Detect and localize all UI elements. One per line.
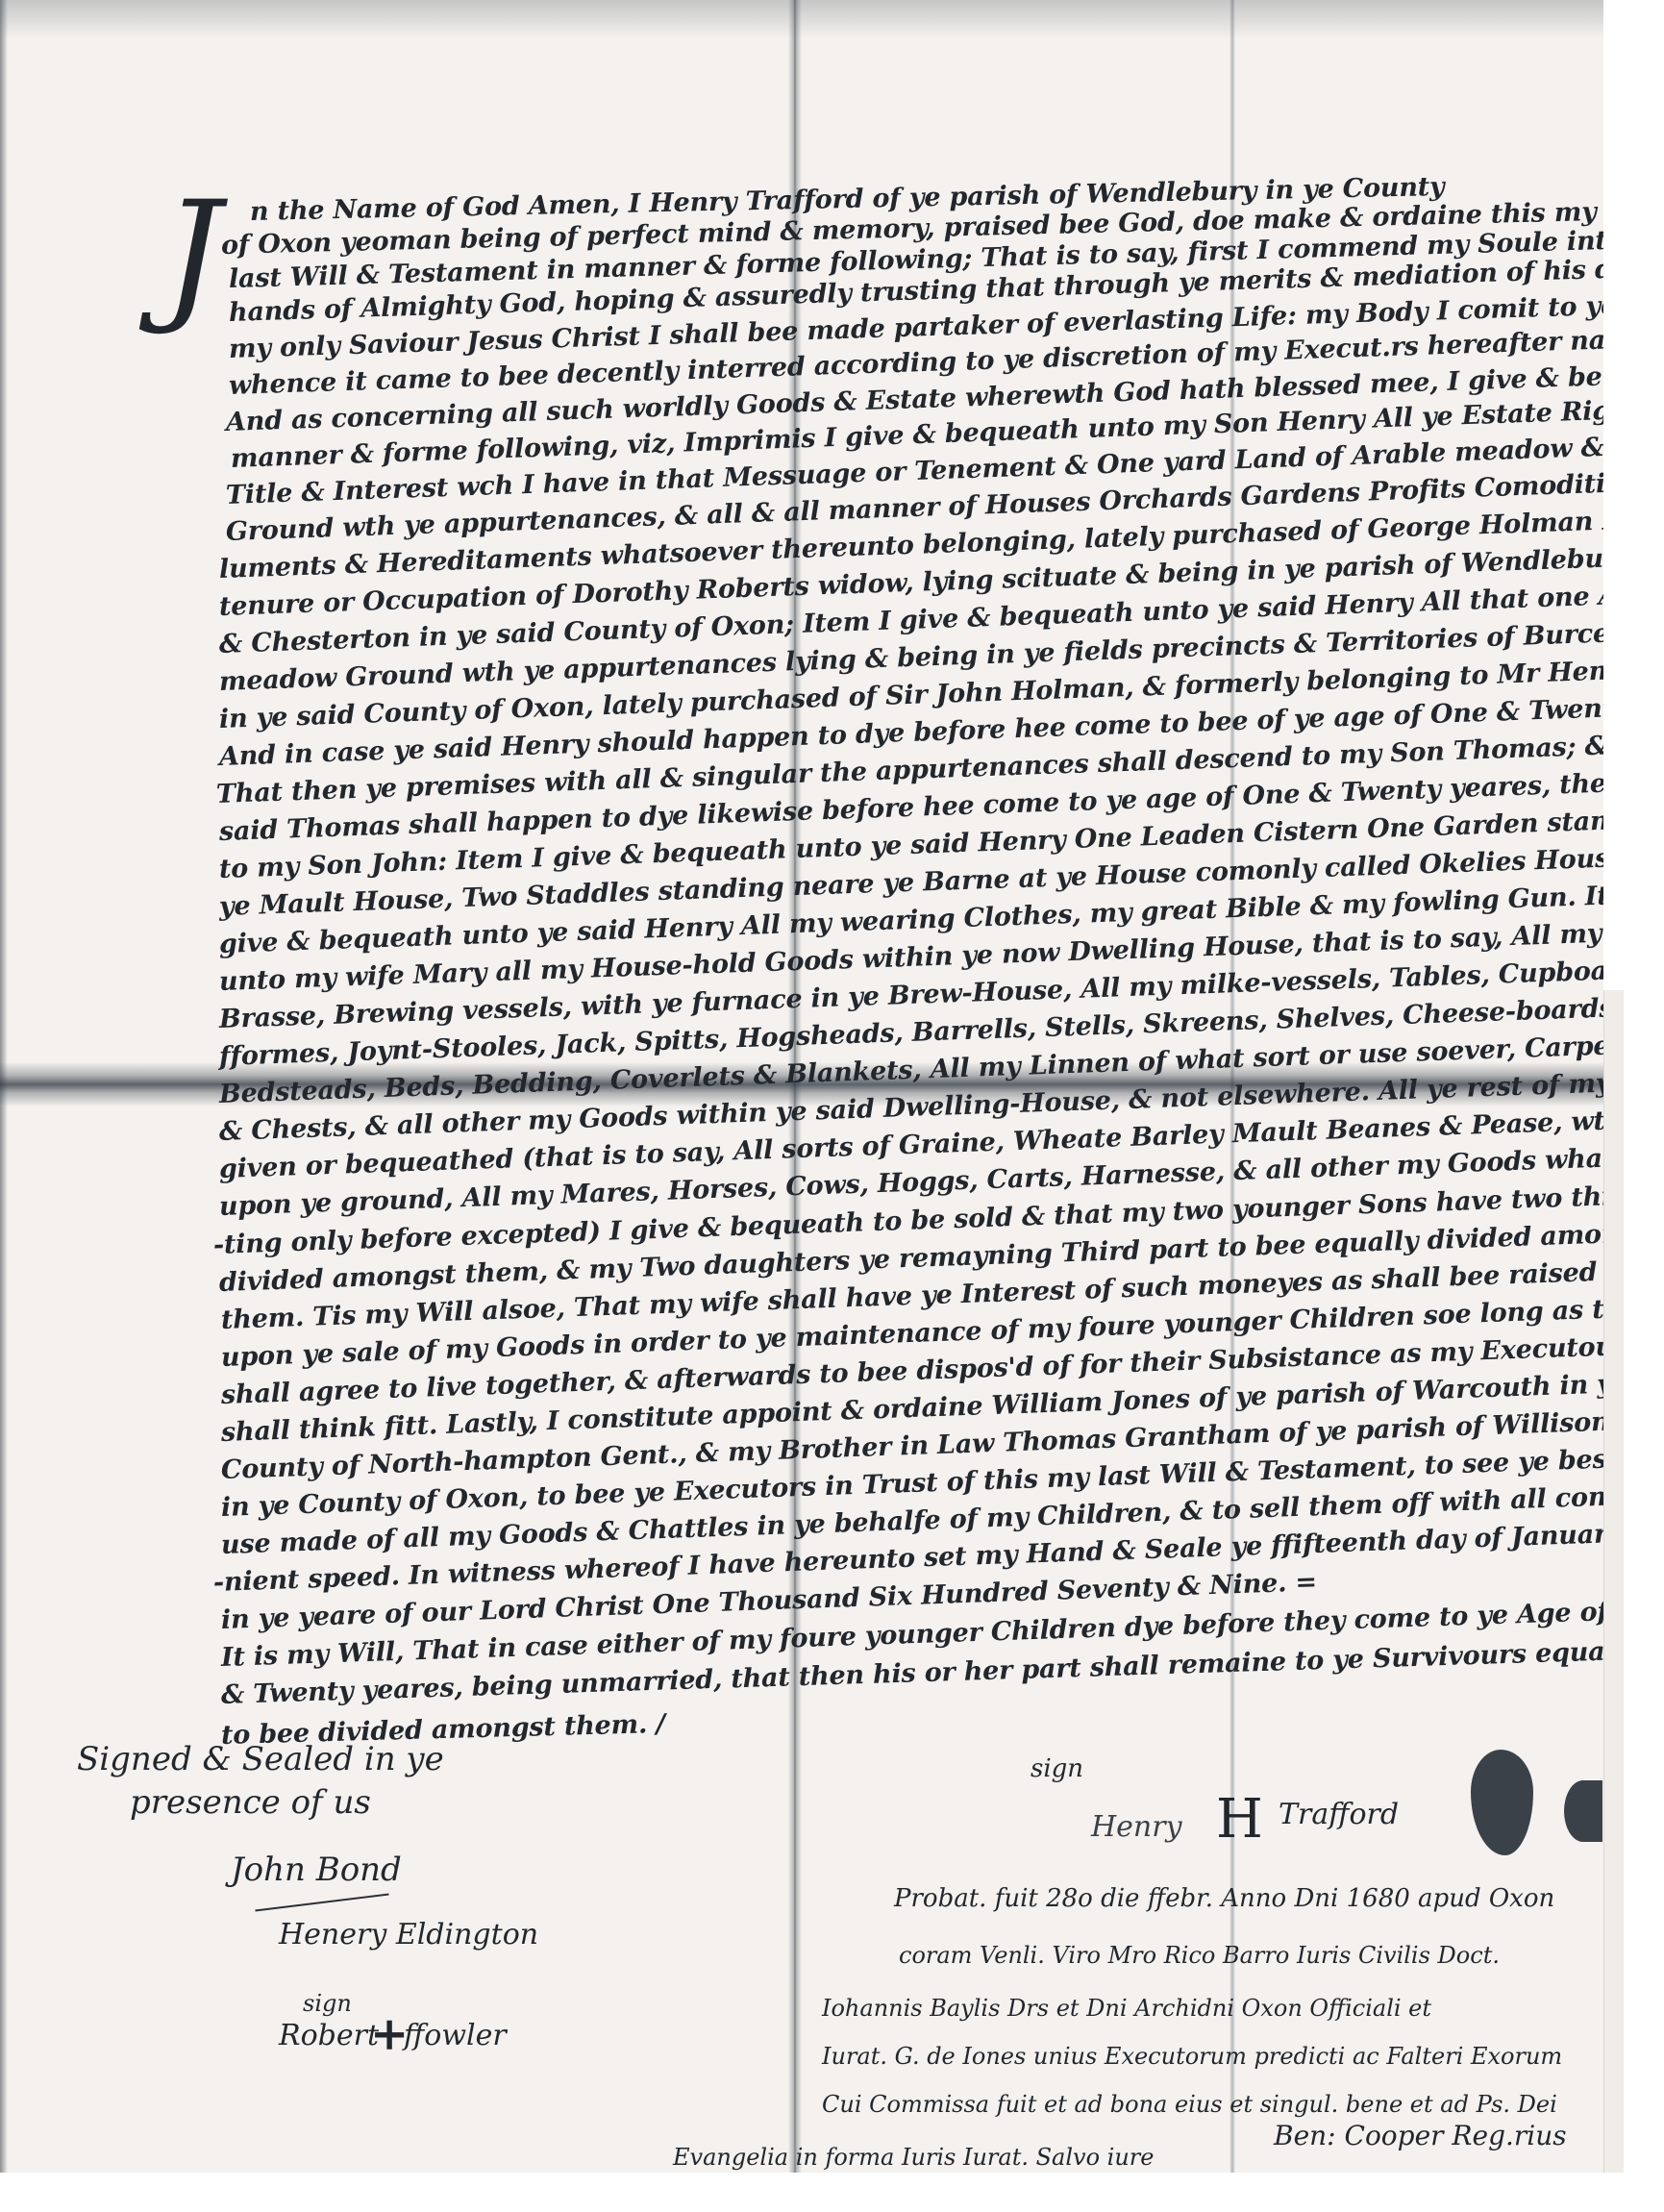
registrar-signature: Ben: Cooper Reg.rius: [1274, 2120, 1567, 2151]
probate-line: coram Venli. Viro Mro Rico Barro Iuris C…: [899, 1942, 1500, 1969]
probate-line: Probat. fuit 28o die ffebr. Anno Dni 168…: [894, 1884, 1554, 1913]
page-right-edge: [1603, 990, 1624, 2173]
testator-surname: Trafford: [1279, 1798, 1399, 1831]
witness-sign-label: sign: [303, 1990, 352, 2017]
probate-line: Evangelia in forma Iuris Iurat. Salvo iu…: [673, 2144, 1154, 2171]
witness-signature-henery-eldington: Henery Eldington: [279, 1918, 538, 1951]
witness-signature-john-bond: John Bond: [231, 1851, 402, 1889]
testator-mark: H: [1216, 1788, 1263, 1851]
wax-seal-partial: [1564, 1780, 1602, 1842]
attestation-line-1: Signed & Sealed in ye: [77, 1740, 444, 1778]
signature-underline: [255, 1893, 388, 1911]
attestation-line-2: presence of us: [130, 1783, 371, 1822]
probate-line: Iurat. G. de Iones unius Executorum pred…: [822, 2043, 1562, 2070]
wax-seal: [1471, 1750, 1533, 1855]
testator-first-name: Henry: [1091, 1810, 1182, 1844]
witness-signature-fowler: ffowler: [404, 2019, 507, 2052]
drop-cap-initial: J: [163, 183, 221, 327]
witness-signature-robert: Robert: [279, 2019, 379, 2052]
testator-sign-label: sign: [1031, 1754, 1083, 1783]
document-page: J n the Name of God Amen, I Henry Traffo…: [0, 0, 1603, 2173]
top-edge-shadow: [0, 0, 1603, 38]
probate-line: Cui Commissa fuit et ad bona eius et sin…: [822, 2091, 1557, 2118]
probate-line: Iohannis Baylis Drs et Dni Archidni Oxon…: [822, 1995, 1431, 2022]
